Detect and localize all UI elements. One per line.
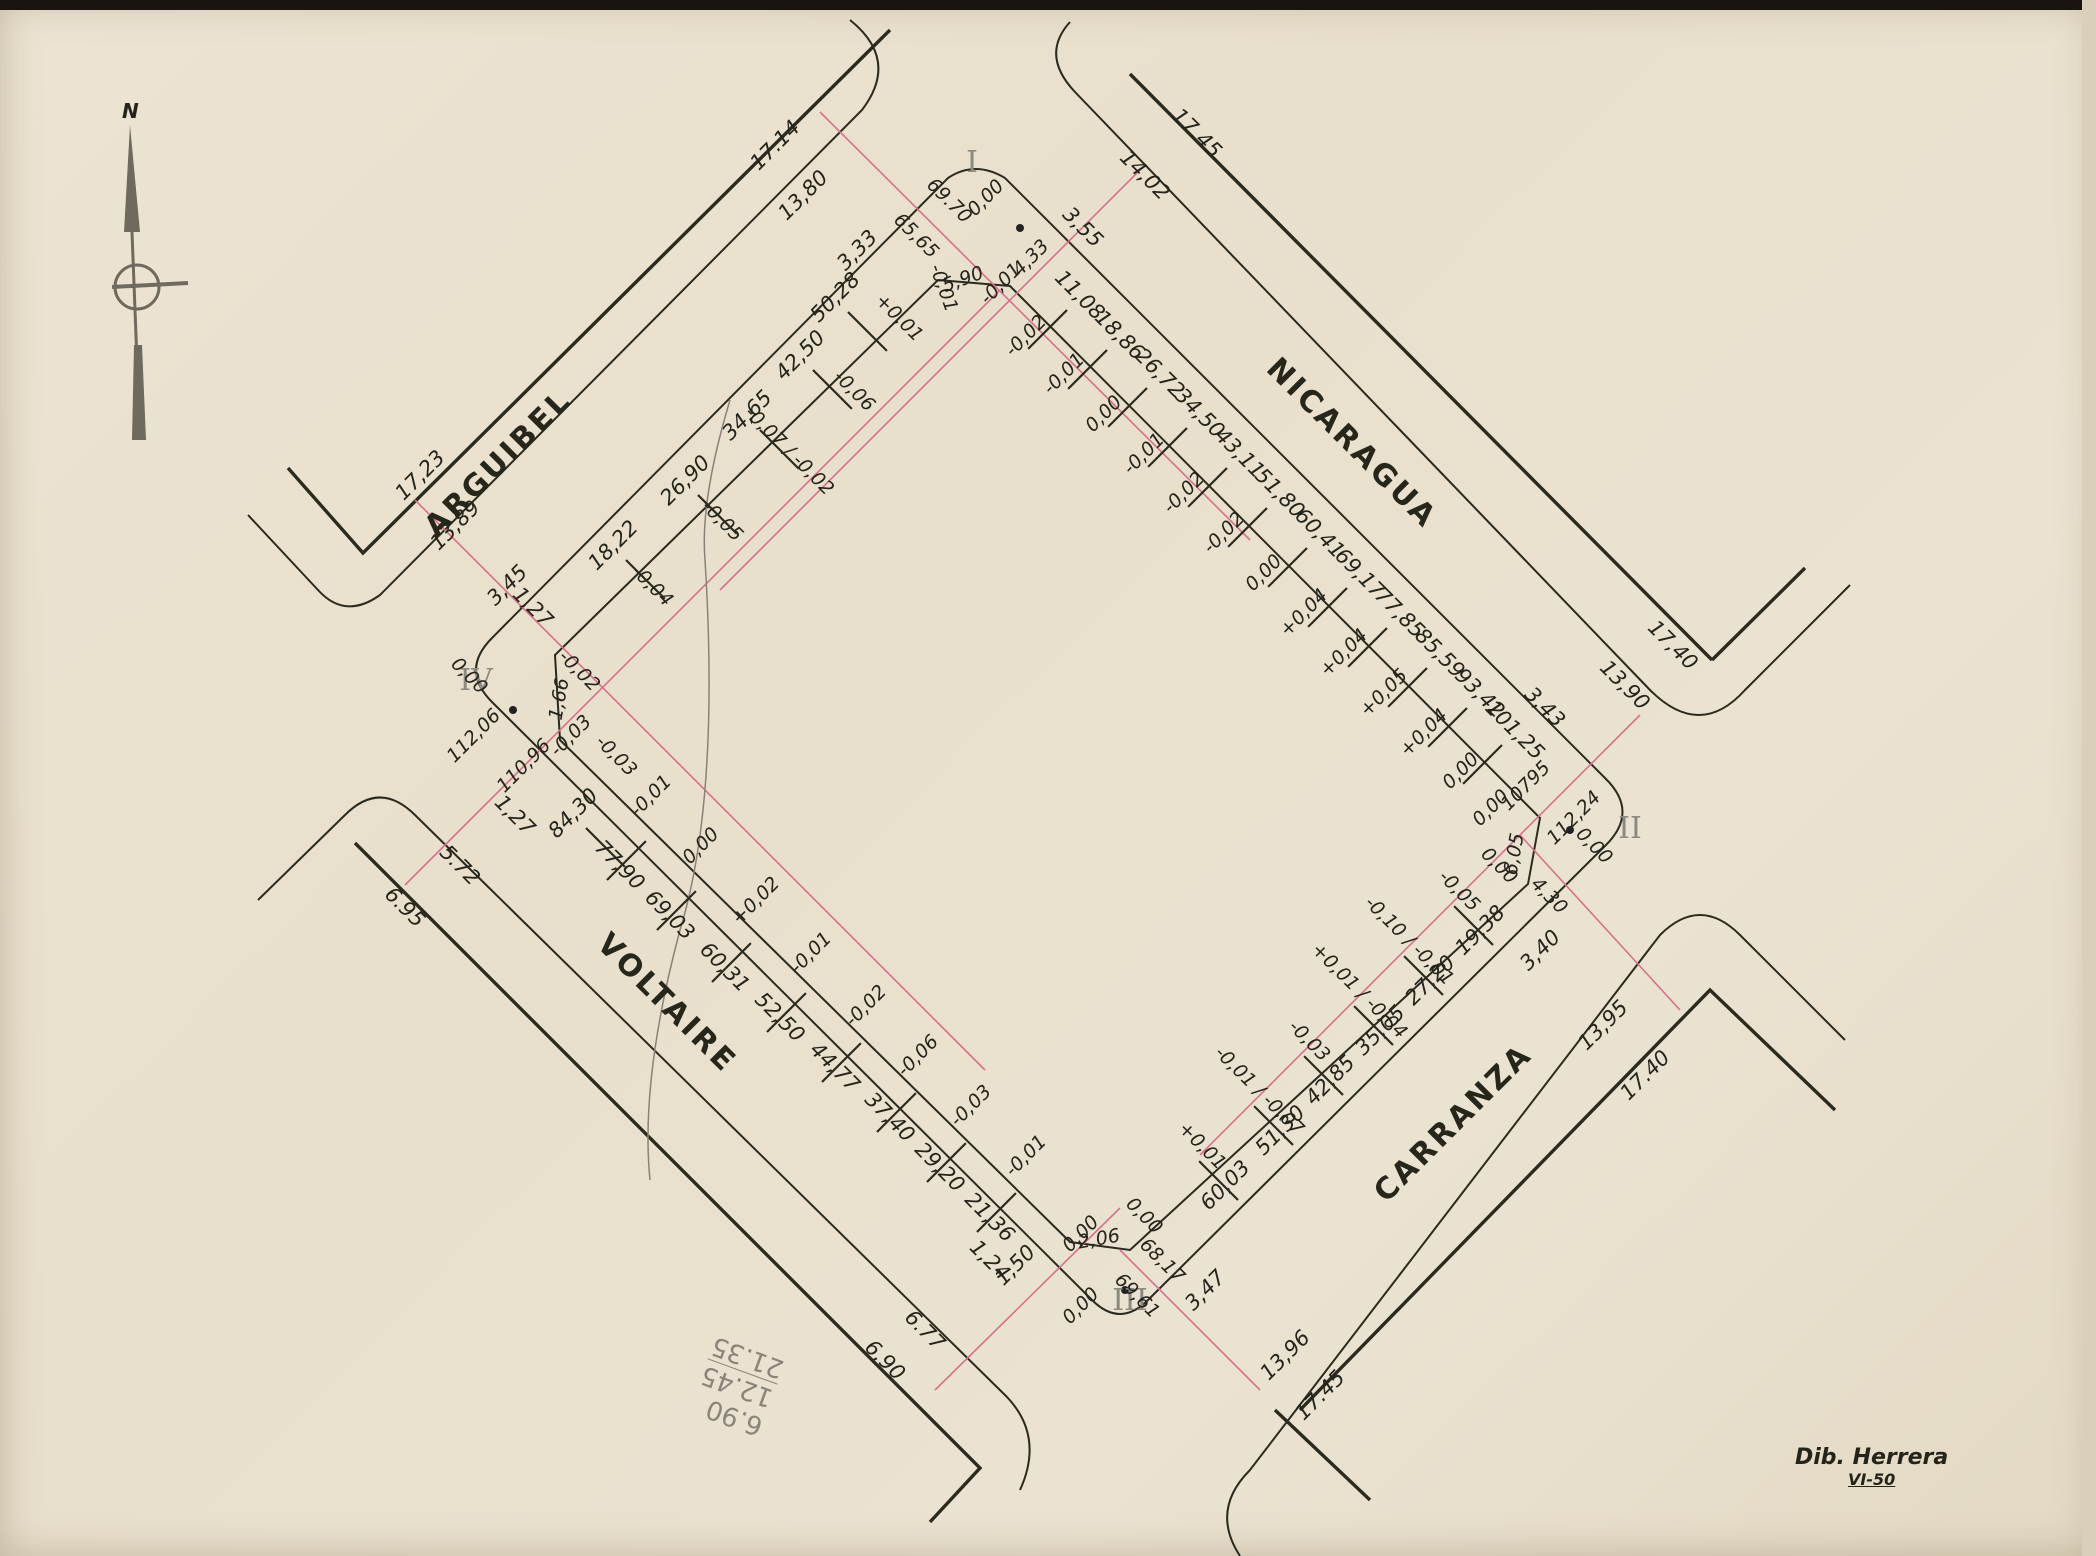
corner-width-label: 17,40 [1643,615,1702,674]
sidewalk-offset-label: 3,40 [1515,925,1565,975]
chainage-label-voltaire: 29,20 [910,1137,969,1196]
chainage-label-arguibel: 42,50 [770,325,829,384]
vertex-label-I: I [966,145,978,180]
deviation-label-arguibel: -0,06 [829,366,879,416]
corner-width-label: 17.45 [1290,1365,1349,1424]
chainage-label-carranza: 60,03 [1195,1155,1254,1214]
offset-tick [848,312,887,351]
north-label: N [122,99,139,123]
corner-width-label: 13,96 [1255,1325,1314,1384]
vertex-label-II: II [1618,811,1642,846]
corner-width-label: 17.14 [745,115,804,174]
corner-width-label: 13,80 [773,165,832,224]
chainage-label-voltaire: 37,40 [860,1087,919,1146]
deviation-label-arguibel: -0,03 [591,731,641,781]
chainage-label-arguibel: 84,30 [543,783,602,842]
deviation-label-voltaire: -0,01 [1001,1131,1051,1181]
deviation-label-voltaire: -0,06 [893,1031,943,1081]
chainage-label-voltaire: 60,31 [695,937,754,996]
deviation-label-arguibel: -0,07 / -0,02 [740,402,838,500]
deviation-label-nicaragua: -0,01 [1039,349,1089,399]
corner-width-label: 6,90 [860,1335,910,1385]
deviation-label-carranza: -0,10 / -0,01 [1360,892,1458,990]
vertex-detail-label: 1,66 [545,676,574,721]
chainage-label-voltaire: 77,90 [590,835,649,894]
vertex-detail-label: 112,06 [442,704,505,767]
vertex-detail-label: 65,65 [889,209,943,263]
deviation-label-voltaire: -0,02 [841,981,891,1031]
chainage-label-arguibel: 50,28 [805,267,864,326]
deviation-label-carranza: -0,01 / -0,07 [1210,1042,1308,1140]
chainage-label-carranza: 42,85 [1300,1050,1359,1109]
street-name-carranza: CARRANZA [1367,1037,1539,1209]
vertex-detail-label: 68,17 [1135,1234,1189,1288]
signature-name: Dib. Herrera [1795,1445,1948,1470]
corner-width-label: 6.77 [900,1305,950,1355]
corner-width-label: 6.95 [380,882,430,932]
vertex-detail-label: 110,96 [492,734,555,797]
survey-map-sheet: N [0,0,2096,1556]
chainage-label-voltaire: 21,36 [960,1187,1019,1246]
chainage-label-carranza: 19,38 [1450,900,1509,959]
sidewalk-offset-label: 1,27 [490,790,540,840]
map-drawing: N [0,0,2096,1556]
deviation-label-voltaire: -0,01 [786,928,836,978]
corner-width-label: 14,02 [1115,145,1174,204]
corner-width-label: 17.45 [1167,103,1226,162]
signature-date: VI-50 [1795,1470,1948,1489]
chainage-label-arguibel: 18,22 [583,515,642,574]
labels-layer: ARGUIBELNICARAGUACARRANZAVOLTAIREIIIIIII… [380,103,1703,1424]
draftsman-signature: Dib. Herrera VI-50 [1795,1445,1948,1489]
sidewalk-offset-label: 3,33 [832,225,882,275]
deviation-label-voltaire: -0,01 [626,771,676,821]
north-arrow-icon: N [112,99,188,440]
vertex-detail-label: 4,30 [1527,873,1572,918]
deviation-label-nicaragua: 0,00 [1081,391,1126,436]
deviation-label-carranza: -0,03 [1284,1016,1334,1066]
deviation-label-carranza: -0,05 [1434,866,1484,916]
chainage-label-voltaire: 52,50 [750,987,809,1046]
vertex-detail-label: 0,00 [1058,1283,1103,1328]
deviation-label-voltaire: -0,03 [946,1081,996,1131]
chainage-label-arguibel: 26,90 [655,450,714,509]
chainage-label-voltaire: 69,03 [640,885,699,944]
vertex-detail-label: 0,00 [1572,823,1617,868]
vertex-detail-label: 0,00 [1122,1193,1167,1238]
deviation-label-carranza: +0,01 / -0,04 [1307,938,1412,1043]
deviation-label-voltaire: +0,02 [727,872,784,929]
corner-width-label: 13,95 [1573,995,1632,1054]
